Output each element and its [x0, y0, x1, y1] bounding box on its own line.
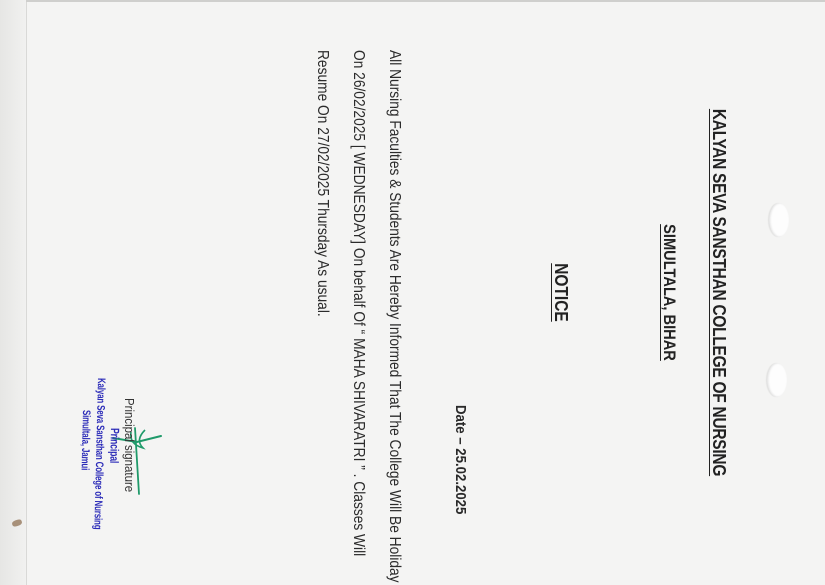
signature-label: Principal signature	[122, 398, 137, 492]
body-line-1: All Nursing Faculties & Students Are Her…	[385, 50, 403, 583]
body-line-3: Resume On 27/02/2025 Thursday As usual.	[313, 50, 331, 317]
institution-heading: KALYAN SEVA SANSTHAN COLLEGE OF NURSING	[708, 41, 729, 544]
punch-hole	[767, 363, 787, 397]
body-line-2: On 26/02/2025 [ WEDNESDAY] On behalf Of …	[349, 50, 367, 556]
stamp-title: Principal	[107, 428, 122, 463]
punch-hole	[769, 203, 789, 237]
notice-title: NOTICE	[550, 41, 571, 544]
notice-date: Date – 25.02.2025	[452, 405, 469, 514]
notice-page: KALYAN SEVA SANSTHAN COLLEGE OF NURSING …	[0, 0, 825, 585]
location-subheading: SIMULTALA, BIHAR	[659, 41, 679, 544]
stamp-institution: Kalyan Seva Sansthan College of Nursing	[91, 378, 107, 530]
stamp-place: Simultala, Jamui	[79, 410, 92, 470]
